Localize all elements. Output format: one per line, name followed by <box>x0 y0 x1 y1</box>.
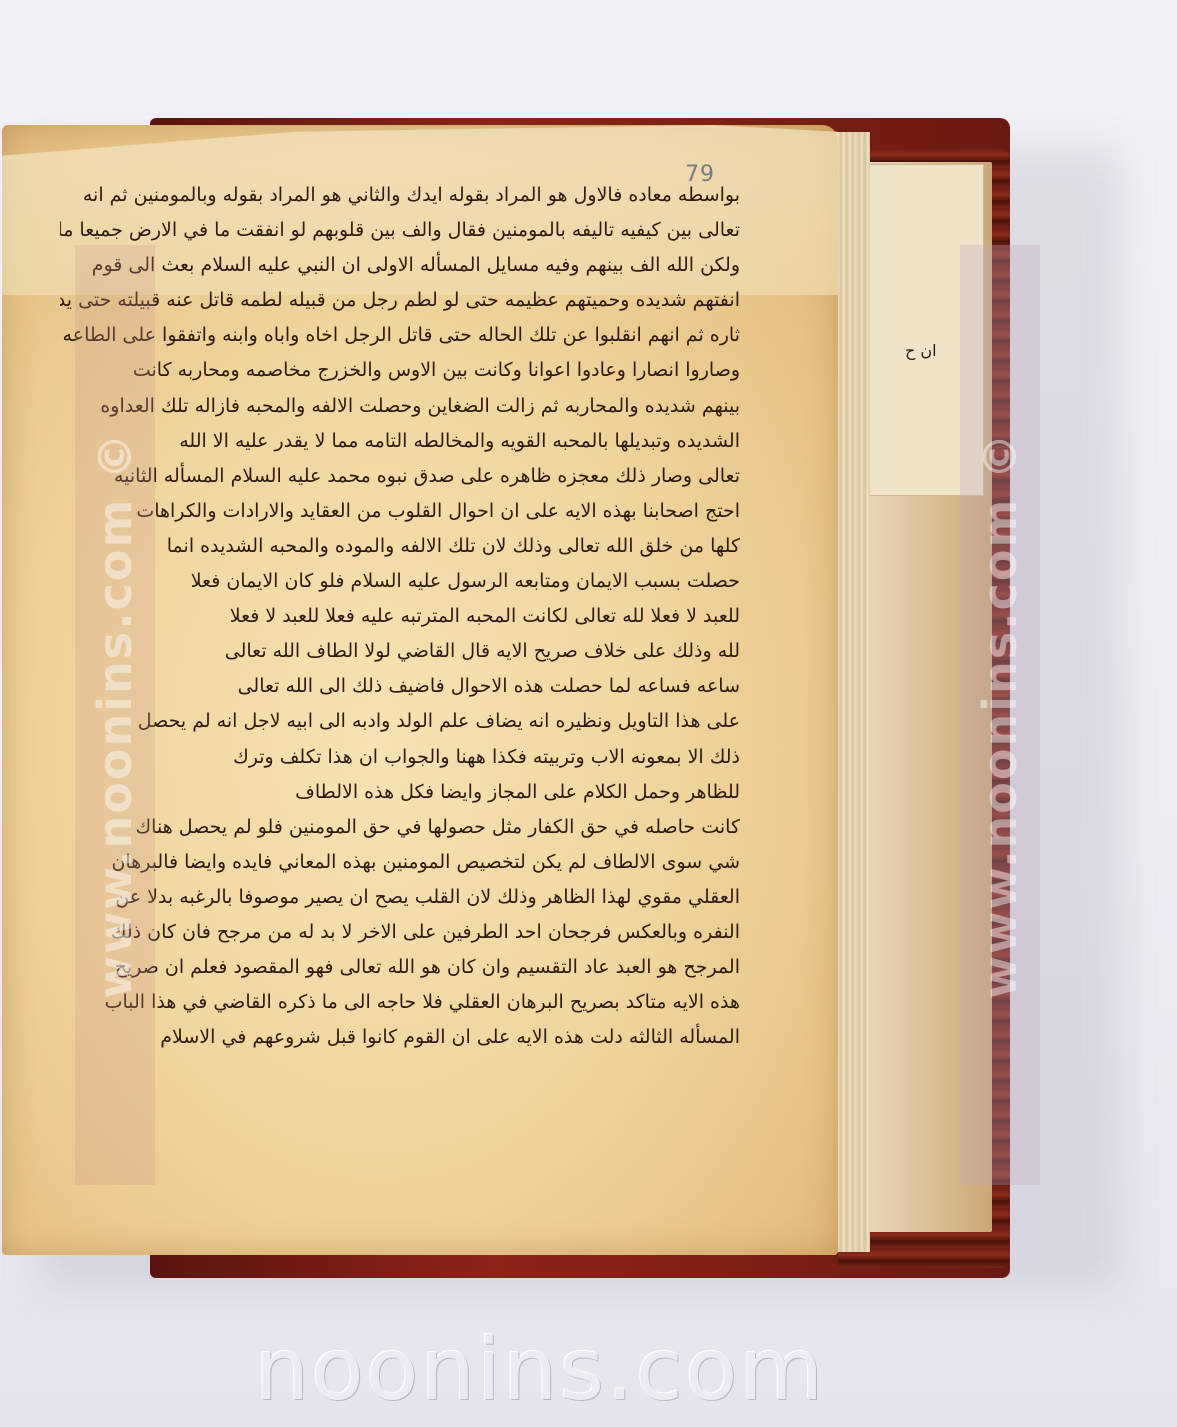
text-line: احتج اصحابنا بهذه الايه على ان احوال الق… <box>60 494 740 529</box>
watermark-right-text: www.noonins.com © <box>973 432 1027 999</box>
text-line: حصلت بسبب الايمان ومتابعه الرسول عليه ال… <box>60 564 740 599</box>
text-line: انفتهم شديده وحميتهم عظيمه حتى لو لطم رج… <box>60 283 740 318</box>
text-line: على هذا التاويل ونظيره انه يضاف علم الول… <box>60 704 740 739</box>
text-line: ثاره ثم انهم انقلبوا عن تلك الحاله حتى ق… <box>60 318 740 353</box>
text-line: كلها من خلق الله تعالى وذلك لان تلك الال… <box>60 529 740 564</box>
text-line: لله وذلك على خلاف صريح الايه قال القاضي … <box>60 634 740 669</box>
text-line: للظاهر وحمل الكلام على المجاز وايضا فكل … <box>60 775 740 810</box>
text-line: المسأله الثالثه دلت هذه الايه على ان الق… <box>60 1020 740 1055</box>
text-line: النفره وبالعكس فرجحان احد الطرفين على ال… <box>60 915 740 950</box>
text-line: ولكن الله الف بينهم وفيه مسايل المسأله ا… <box>60 248 740 283</box>
text-line: الشديده وتبديلها بالمحبه القويه والمخالط… <box>60 424 740 459</box>
text-line: هذه الايه متاكد بصريح البرهان العقلي فلا… <box>60 985 740 1020</box>
text-line: شي سوى الالطاف لم يكن لتخصيص المومنين به… <box>60 845 740 880</box>
text-line: المرجح هو العبد عاد التقسيم وان كان هو ا… <box>60 950 740 985</box>
text-line: للعبد لا فعلا لله تعالى لكانت المحبه الم… <box>60 599 740 634</box>
text-line: العقلي مقوي لهذا الظاهر وذلك لان القلب ي… <box>60 880 740 915</box>
watermark-left-text: www.noonins.com © <box>88 432 142 999</box>
watermark-bottom: noonins.com <box>230 1320 850 1420</box>
manuscript-text: بواسطه معاده فالاول هو المراد بقوله ايدك… <box>60 178 740 1055</box>
text-line: ذلك الا بمعونه الاب وتربيته فكذا ههنا وا… <box>60 740 740 775</box>
watermark-left: www.noonins.com © <box>75 245 155 1185</box>
watermark-right: www.noonins.com © <box>960 245 1040 1185</box>
text-line: وصاروا انصارا وعادوا اعوانا وكانت بين ال… <box>60 353 740 388</box>
text-line: كانت حاصله في حق الكفار مثل حصولها في حق… <box>60 810 740 845</box>
margin-note: ان ح <box>905 341 937 360</box>
text-line: ساعه فساعه لما حصلت هذه الاحوال فاضيف ذل… <box>60 669 740 704</box>
text-line: تعالى وصار ذلك معجزه ظاهره على صدق نبوه … <box>60 459 740 494</box>
text-line: بينهم شديده والمحاربه ثم زالت الضغاين وح… <box>60 389 740 424</box>
text-line: بواسطه معاده فالاول هو المراد بقوله ايدك… <box>60 178 740 213</box>
text-line: تعالى بين كيفيه تاليفه بالمومنين فقال وا… <box>60 213 740 248</box>
